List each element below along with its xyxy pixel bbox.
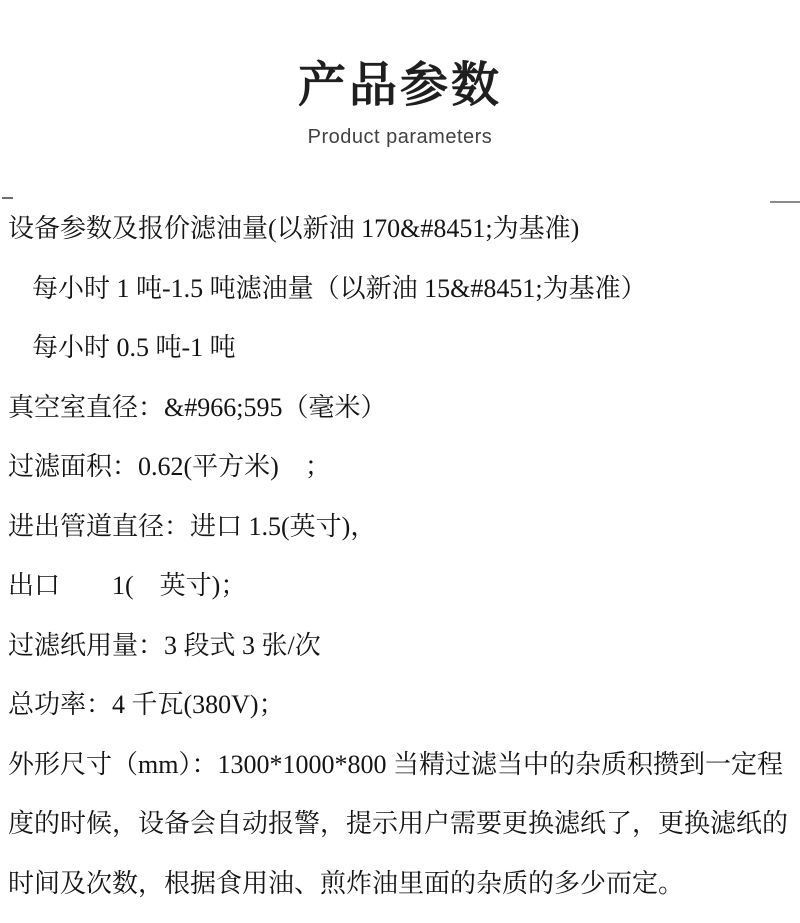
param-line-filter-paper-usage: 过滤纸用量：3 段式 3 张/次 [8,614,794,674]
param-line-filter-area: 过滤面积：0.62(平方米) ； [8,435,794,495]
param-line-capacity-2: 每小时 0.5 吨-1 吨 [8,316,794,376]
param-line-dimensions-1: 外形尺寸（mm）：1300*1000*800 当精过滤当中的杂质积攒到一定程 [8,733,794,793]
param-line-dimensions-3: 时间及次数，根据食用油、煎炸油里面的杂质的多少而定。 [8,852,794,912]
product-parameters-page: 产品参数 Product parameters 设备参数及报价滤油量(以新油 1… [0,0,800,923]
param-line-filter-capacity-heading: 设备参数及报价滤油量(以新油 170&#8451;为基准) [8,197,794,257]
param-line-vacuum-chamber-diameter: 真空室直径：&#966;595（毫米） [8,376,794,436]
page-header: 产品参数 Product parameters [0,58,800,148]
param-line-pipe-diameter-outlet: 出口 1( 英寸)； [8,554,794,614]
param-line-pipe-diameter-inlet: 进出管道直径：进口 1.5(英寸)， [8,495,794,555]
param-line-capacity-1: 每小时 1 吨-1.5 吨滤油量（以新油 15&#8451;为基准） [8,257,794,317]
param-line-total-power: 总功率：4 千瓦(380V)； [8,673,794,733]
page-subtitle: Product parameters [0,126,800,148]
param-line-dimensions-2: 度的时候，设备会自动报警，提示用户需要更换滤纸了，更换滤纸的 [8,792,794,852]
page-title: 产品参数 [0,58,800,114]
parameters-text-block: 设备参数及报价滤油量(以新油 170&#8451;为基准) 每小时 1 吨-1.… [8,197,794,911]
